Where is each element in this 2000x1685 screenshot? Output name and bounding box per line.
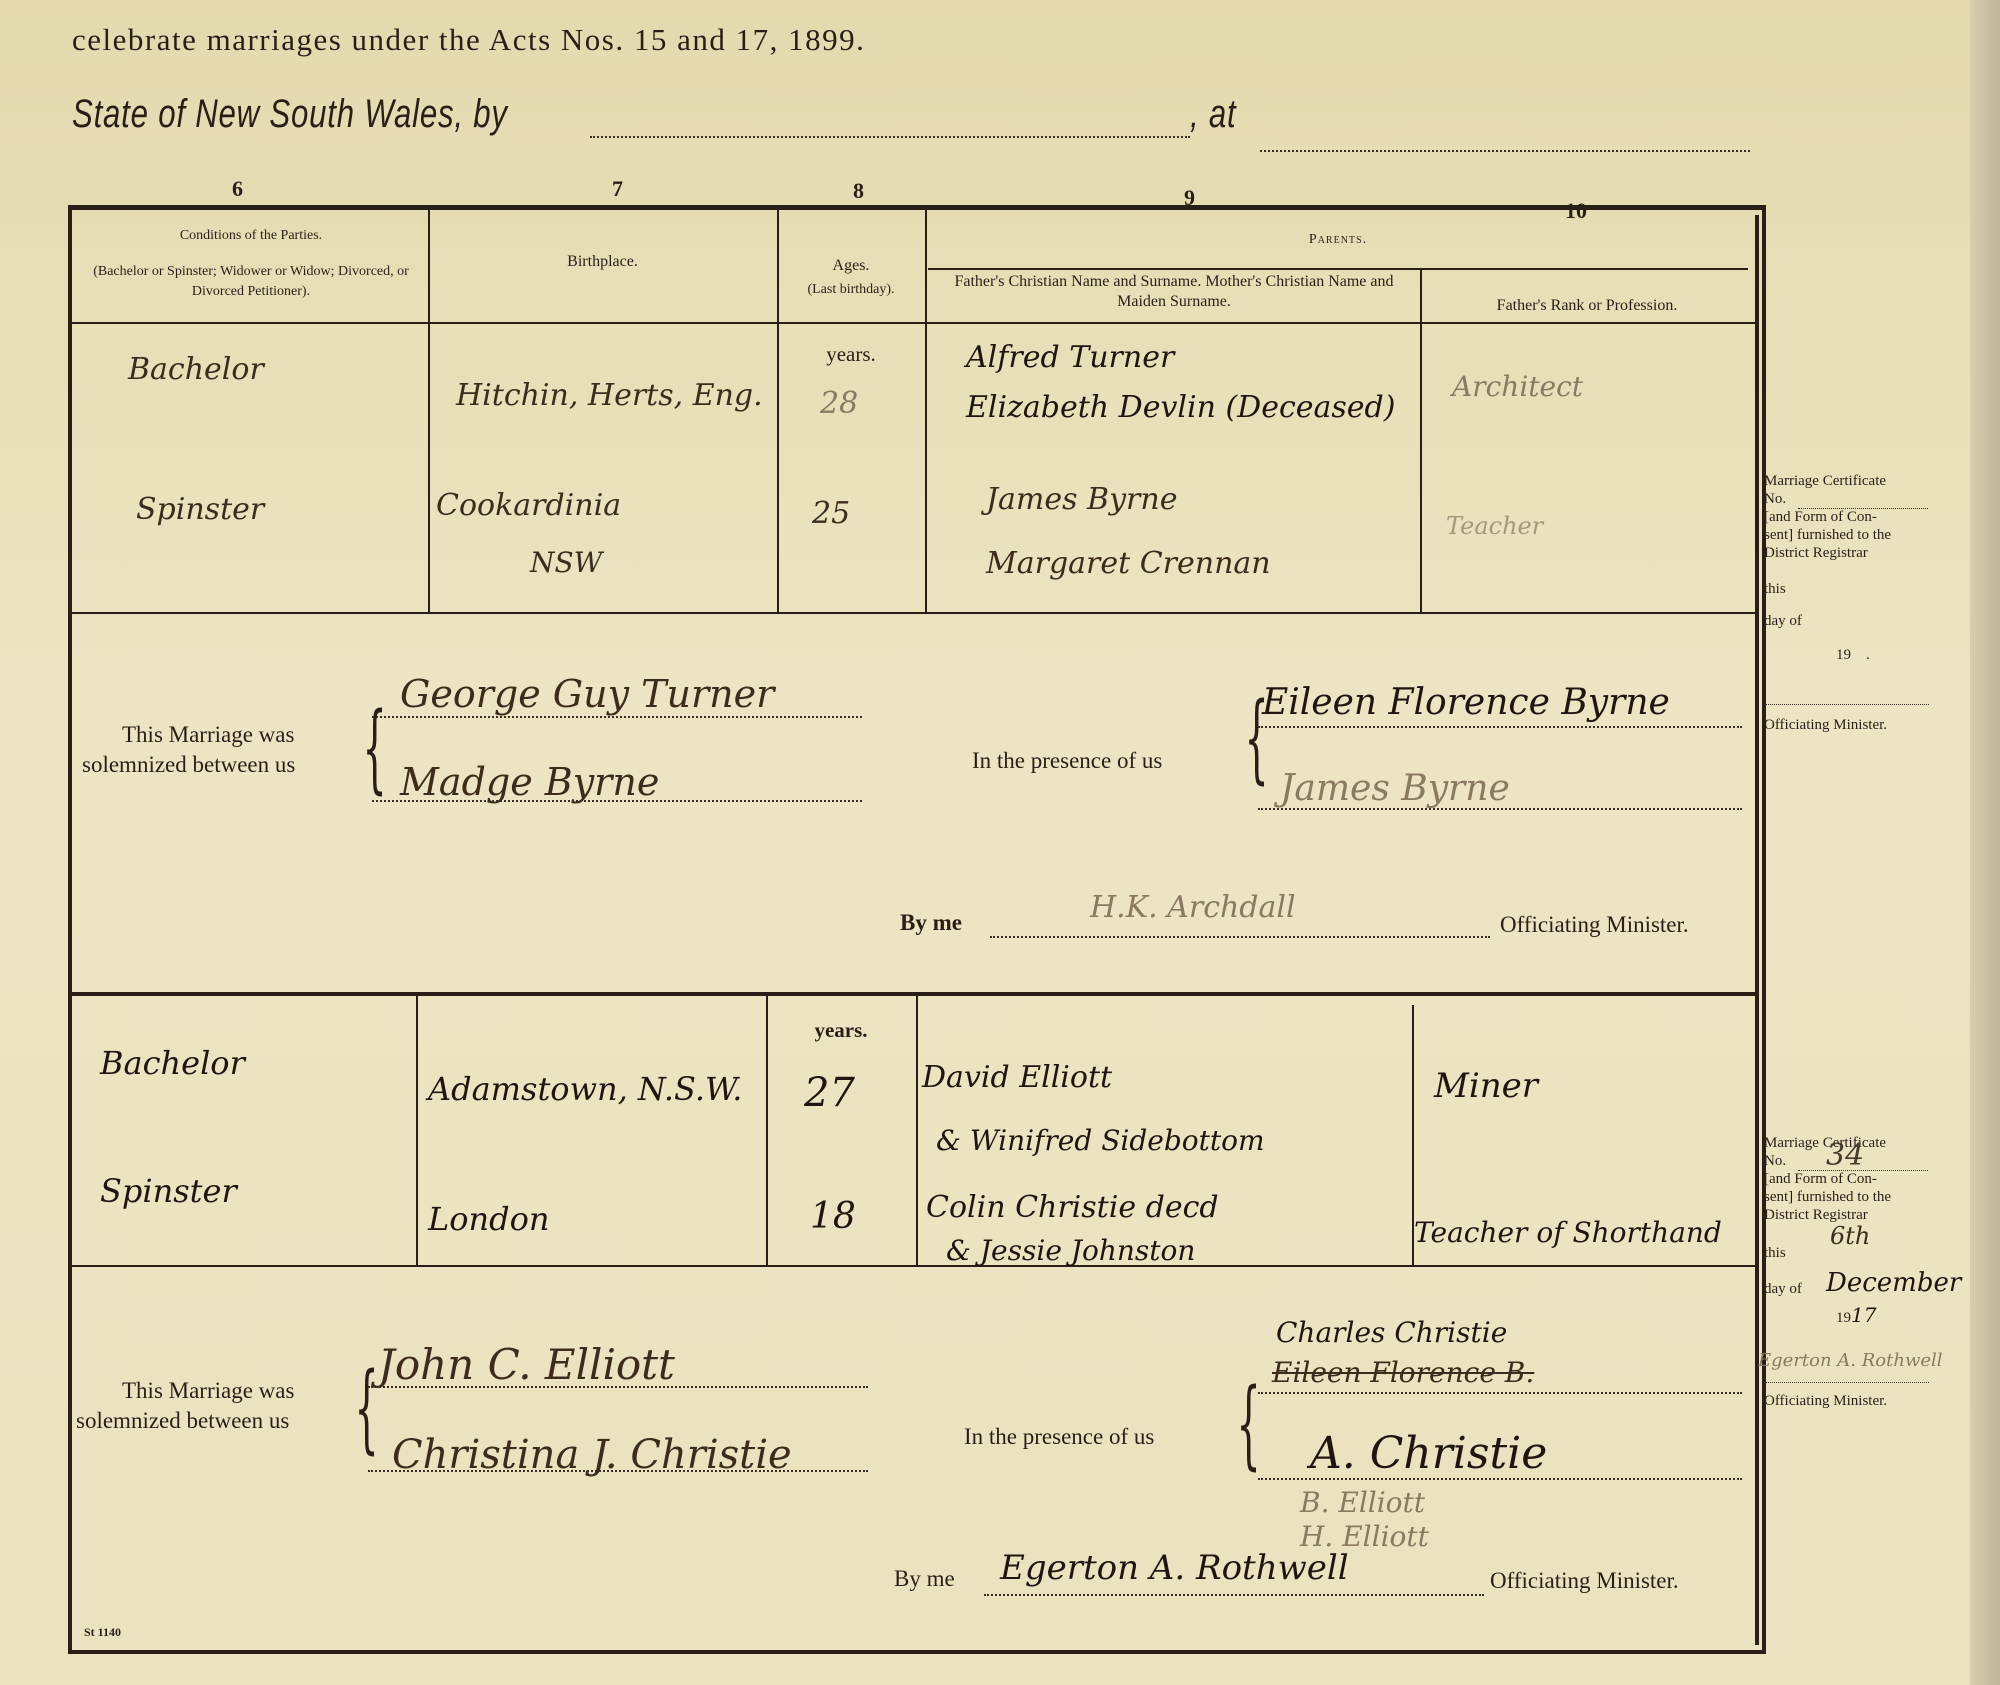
- witness-2-line-b: [1258, 1478, 1742, 1480]
- this-label-2: this: [1764, 1244, 1786, 1262]
- witness-1-line: [1258, 726, 1742, 728]
- page-edge: [1970, 0, 2000, 1685]
- years-label: years.: [768, 1020, 914, 1040]
- witness-2-3: A. Christie: [1310, 1428, 1547, 1479]
- by-field[interactable]: [590, 136, 1190, 138]
- groom-mother: Elizabeth Devlin (Deceased): [966, 390, 1395, 425]
- form-code: St 1140: [84, 1625, 121, 1640]
- day-of-label-2: day of: [1764, 1280, 1802, 1298]
- col-divider-9-b: [916, 996, 918, 1265]
- col-divider-10: [1420, 268, 1422, 612]
- officiating-minister-label-2: Officiating Minister.: [1490, 1566, 1679, 1596]
- column-number-8: 8: [853, 178, 864, 204]
- presence-label-2: In the presence of us: [964, 1422, 1154, 1452]
- bride-father-2: Colin Christie decd: [926, 1190, 1219, 1225]
- consent-line-3: District Registrar: [1764, 544, 1891, 562]
- bride-condition-2: Spinster: [100, 1172, 237, 1210]
- conditions-header-subtitle: (Bachelor or Spinster; Widower or Widow;…: [76, 262, 426, 302]
- witness-2-4: B. Elliott: [1300, 1486, 1425, 1519]
- parents-group-header: Parents.: [928, 230, 1748, 250]
- officiating-minister-label-1: Officiating Minister.: [1500, 910, 1689, 940]
- sidebar-minister-line-2[interactable]: [1764, 1382, 1929, 1383]
- day-of-label-1: day of: [1764, 612, 1802, 630]
- ages-header-subtitle: (Last birthday).: [779, 280, 923, 300]
- bride-father-rank: Teacher: [1446, 512, 1543, 540]
- at-label: , at: [1190, 92, 1236, 137]
- presence-label-1: In the presence of us: [972, 746, 1162, 776]
- father-rank-header: Father's Rank or Profession.: [1422, 296, 1752, 316]
- witness-2: James Byrne: [1280, 768, 1510, 809]
- groom-signature-line: [372, 716, 862, 718]
- certificate-label-1: Marriage Certificate No. [and Form of Co…: [1764, 472, 1891, 562]
- groom-birthplace: Hitchin, Herts, Eng.: [456, 378, 763, 413]
- bride-signature: Madge Byrne: [400, 760, 659, 804]
- bride-birthplace-2: NSW: [530, 546, 602, 579]
- certificate-no-field-1[interactable]: [1798, 508, 1928, 509]
- bride-mother: Margaret Crennan: [986, 546, 1271, 581]
- groom-signature-2: John C. Elliott: [378, 1340, 675, 1389]
- year-suffix: .: [1866, 647, 1870, 663]
- by-me-label-2: By me: [894, 1564, 955, 1594]
- certificate-number: 34: [1826, 1138, 1864, 1173]
- by-me-label-1: By me: [900, 908, 962, 938]
- brace-icon: {: [354, 1360, 378, 1456]
- header-divider: [72, 322, 1758, 324]
- certificate-no-label: No.: [1764, 1153, 1786, 1169]
- parents-divider: [928, 268, 1748, 270]
- consent-line-2: sent] furnished to the: [1764, 526, 1891, 544]
- groom-father-rank-2: Miner: [1434, 1066, 1538, 1106]
- groom-signature: George Guy Turner: [400, 672, 774, 716]
- groom-birthplace-2: Adamstown, N.S.W.: [428, 1070, 742, 1108]
- parents-names-header: Father's Christian Name and Surname. Mot…: [930, 272, 1418, 312]
- entry-divider: [72, 992, 1758, 996]
- year-prefix: 19: [1836, 647, 1851, 663]
- sidebar-minister-label-2: Officiating Minister.: [1764, 1392, 1887, 1410]
- witness-2-line-a: [1258, 1392, 1742, 1394]
- groom-age-2: 27: [804, 1070, 855, 1116]
- groom-age: 28: [820, 386, 858, 421]
- witness-2-1: Charles Christie: [1276, 1316, 1507, 1349]
- consent-line-3: District Registrar: [1764, 1206, 1891, 1224]
- groom-father-rank: Architect: [1452, 370, 1583, 403]
- col-divider-9: [925, 210, 927, 612]
- certificate-no-label: No.: [1764, 491, 1786, 507]
- consent-line-1: [and Form of Con-: [1764, 508, 1891, 526]
- groom-father: Alfred Turner: [966, 340, 1174, 375]
- consent-line-2: sent] furnished to the: [1764, 1188, 1891, 1206]
- groom-father-2: David Elliott: [922, 1060, 1112, 1095]
- certificate-no-row: No.: [1764, 490, 1891, 508]
- conditions-header-title: Conditions of the Parties.: [76, 226, 426, 246]
- bride-birthplace: Cookardinia: [436, 488, 621, 523]
- column-number-6: 6: [232, 176, 243, 202]
- certificate-day: 6th: [1830, 1222, 1870, 1250]
- col-divider-7-b: [416, 996, 418, 1265]
- year-prefix: 19: [1836, 1310, 1851, 1326]
- entry-1-bottom-rule: [72, 612, 1758, 614]
- at-field[interactable]: [1260, 150, 1750, 152]
- ages-header-title: Ages.: [779, 256, 923, 276]
- bride-father-rank-2: Teacher of Shorthand: [1414, 1216, 1722, 1249]
- bride-age-2: 18: [810, 1196, 856, 1237]
- witness-2-2: Eileen Florence B.: [1272, 1356, 1534, 1389]
- minister-signature-1: H.K. Archdall: [1090, 890, 1296, 925]
- brace-icon: {: [362, 700, 386, 796]
- solemnized-label-1a: This Marriage was: [122, 720, 294, 750]
- solemnized-label-2a: This Marriage was: [122, 1376, 294, 1406]
- entry-2-table-bottom: [72, 1265, 1758, 1267]
- acts-line: celebrate marriages under the Acts Nos. …: [72, 22, 865, 58]
- groom-mother-2: & Winifred Sidebottom: [936, 1124, 1265, 1157]
- witness-1: Eileen Florence Byrne: [1262, 682, 1670, 723]
- bride-birthplace-2: London: [428, 1200, 549, 1238]
- bride-condition: Spinster: [136, 492, 264, 527]
- minister-line-2: [984, 1594, 1484, 1596]
- years-label: years.: [779, 344, 923, 364]
- year-label-2: 1917: [1836, 1306, 1876, 1327]
- solemnized-label-1b: solemnized between us: [82, 750, 295, 780]
- sidebar-minister-line-1[interactable]: [1764, 704, 1929, 705]
- year-label-1: 19 .: [1836, 646, 1870, 664]
- groom-condition: Bachelor: [128, 352, 264, 387]
- bride-age: 25: [812, 496, 850, 531]
- sidebar-minister-signature-2: Egerton A. Rothwell: [1758, 1350, 1943, 1371]
- minister-signature-2: Egerton A. Rothwell: [1000, 1548, 1349, 1588]
- state-line: State of New South Wales, by: [72, 92, 508, 137]
- margin-divider: [1755, 215, 1759, 1645]
- this-label-1: this: [1764, 580, 1786, 598]
- sidebar-minister-label-1: Officiating Minister.: [1764, 716, 1887, 734]
- groom-signature-line-2: [368, 1386, 868, 1388]
- groom-condition-2: Bachelor: [100, 1044, 245, 1082]
- brace-icon: {: [1236, 1376, 1260, 1472]
- birthplace-header: Birthplace.: [430, 252, 775, 272]
- witness-2-line: [1258, 808, 1742, 810]
- certificate-month: December: [1826, 1268, 1961, 1298]
- certificate-title: Marriage Certificate: [1764, 472, 1891, 490]
- solemnized-label-2b: solemnized between us: [76, 1406, 289, 1436]
- bride-signature-line-2: [368, 1470, 868, 1472]
- certificate-year: 17: [1851, 1303, 1876, 1327]
- bride-father: James Byrne: [986, 482, 1177, 517]
- minister-line-1: [990, 936, 1490, 938]
- bride-signature-line: [372, 800, 862, 802]
- bride-mother-2: & Jessie Johnston: [946, 1234, 1195, 1267]
- column-number-7: 7: [612, 176, 623, 202]
- register-page: celebrate marriages under the Acts Nos. …: [0, 0, 2000, 1685]
